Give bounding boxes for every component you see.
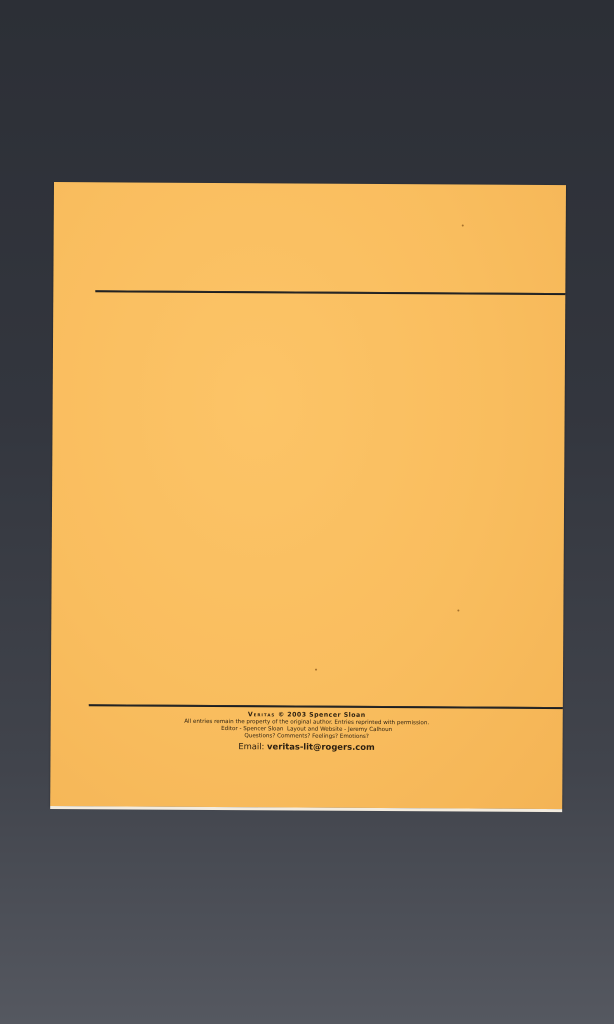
top-divider-rule — [95, 290, 565, 295]
bottom-divider-rule — [89, 704, 563, 709]
email-label: Email: — [238, 741, 264, 751]
paper-speck — [462, 224, 464, 226]
email-address: veritas-lit@rogers.com — [267, 741, 375, 752]
paper-speck — [457, 609, 459, 611]
copyright-notice: © 2003 Spencer Sloan — [278, 711, 366, 719]
publication-name: Veritas — [248, 711, 276, 718]
colophon: Veritas © 2003 Spencer Sloan All entries… — [51, 710, 563, 754]
email-line: Email: veritas-lit@rogers.com — [51, 740, 563, 754]
back-cover-page: Veritas © 2003 Spencer Sloan All entries… — [50, 182, 566, 809]
paper-speck — [315, 669, 317, 671]
